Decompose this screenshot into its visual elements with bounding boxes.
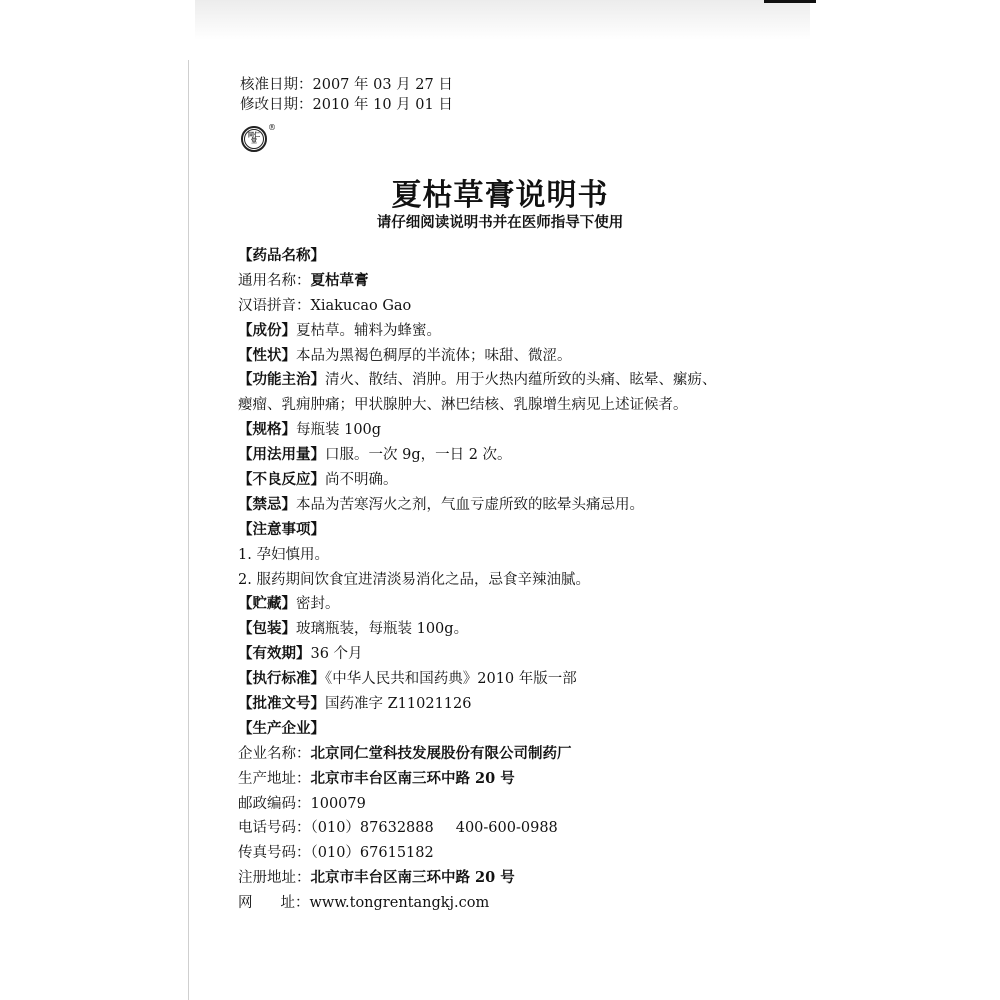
- registered-mark: ®: [268, 123, 276, 132]
- website: 网址：www.tongrentangkj.com: [238, 891, 798, 916]
- leaflet-body: 【药品名称】 通用名称：夏枯草膏 汉语拼音：Xiakucao Gao 【成份】夏…: [238, 244, 798, 916]
- section-precautions: 【注意事项】: [238, 518, 798, 543]
- generic-name: 通用名称：夏枯草膏: [238, 269, 798, 294]
- section-indications: 【功能主治】清火、散结、消肿。用于火热内蕴所致的头痛、眩晕、瘰疬、: [238, 368, 798, 393]
- section-shelf-life: 【有效期】36 个月: [238, 642, 798, 667]
- precaution-item: 2. 服药期间饮食宜进清淡易消化之品，忌食辛辣油腻。: [238, 568, 798, 593]
- production-address: 生产地址：北京市丰台区南三环中路 20 号: [238, 767, 798, 792]
- website-link[interactable]: www.tongrentangkj.com: [310, 895, 490, 911]
- section-drug-name: 【药品名称】: [238, 244, 798, 269]
- section-storage: 【贮藏】密封。: [238, 592, 798, 617]
- fax: 传真号码：（010）67615182: [238, 841, 798, 866]
- section-packaging: 【包装】玻璃瓶装，每瓶装 100g。: [238, 617, 798, 642]
- section-manufacturer: 【生产企业】: [238, 717, 798, 742]
- section-properties: 【性状】本品为黑褐色稠厚的半流体；味甜、微涩。: [238, 344, 798, 369]
- date-block: 核准日期：2007 年 03 月 27 日 修改日期：2010 年 10 月 0…: [240, 75, 453, 115]
- section-adverse: 【不良反应】尚不明确。: [238, 468, 798, 493]
- revision-date: 修改日期：2010 年 10 月 01 日: [240, 95, 453, 115]
- page-title: 夏枯草膏说明书: [0, 170, 1000, 214]
- scan-artifact-bar: [764, 0, 816, 3]
- section-spec: 【规格】每瓶装 100g: [238, 418, 798, 443]
- section-approval-number: 【批准文号】国药准字 Z11021126: [238, 692, 798, 717]
- section-ingredients: 【成份】夏枯草。辅料为蜂蜜。: [238, 319, 798, 344]
- subtitle: 请仔细阅读说明书并在医师指导下使用: [0, 211, 1000, 232]
- company-name: 企业名称：北京同仁堂科技发展股份有限公司制药厂: [238, 742, 798, 767]
- logo-seal: 同仁堂: [244, 129, 264, 149]
- section-contraindications: 【禁忌】本品为苦寒泻火之剂，气血亏虚所致的眩晕头痛忌用。: [238, 493, 798, 518]
- registered-address: 注册地址：北京市丰台区南三环中路 20 号: [238, 866, 798, 891]
- section-standard: 【执行标准】《中华人民共和国药典》2010 年版一部: [238, 667, 798, 692]
- postcode: 邮政编码：100079: [238, 792, 798, 817]
- indications-continued: 瘿瘤、乳痈肿痛；甲状腺肿大、淋巴结核、乳腺增生病见上述证候者。: [238, 393, 798, 418]
- section-dosage: 【用法用量】口服。一次 9g，一日 2 次。: [238, 443, 798, 468]
- approval-date: 核准日期：2007 年 03 月 27 日: [240, 75, 453, 95]
- precaution-item: 1. 孕妇慎用。: [238, 543, 798, 568]
- tongrentang-logo-icon: 同仁堂: [241, 126, 267, 152]
- scan-shadow: [195, 0, 810, 40]
- pinyin-name: 汉语拼音：Xiakucao Gao: [238, 294, 798, 319]
- phone: 电话号码：（010）87632888400-600-0988: [238, 816, 798, 841]
